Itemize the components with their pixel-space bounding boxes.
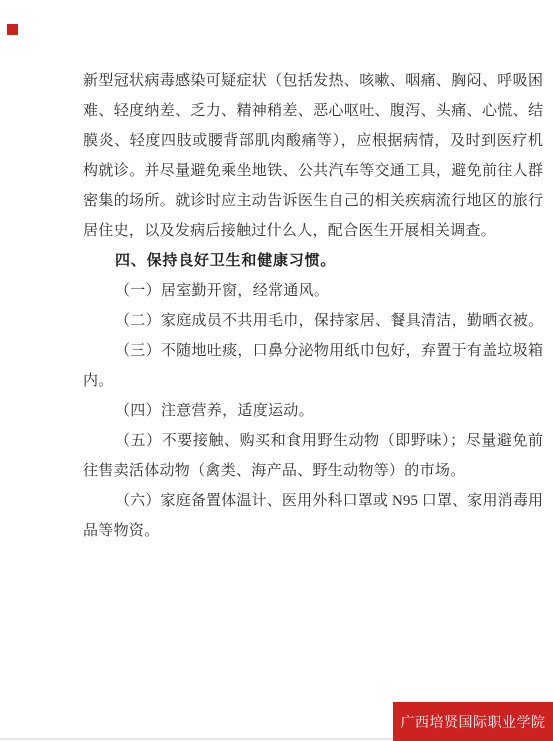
doc-list-item: （一）居室勤开窗，经常通风。 bbox=[83, 276, 543, 306]
section-heading: 四、保持良好卫生和健康习惯。 bbox=[83, 246, 543, 276]
doc-list-item: （二）家庭成员不共用毛巾，保持家居、餐具清洁，勤晒衣被。 bbox=[83, 306, 543, 336]
doc-line: 内。 bbox=[83, 366, 543, 396]
doc-line: 构就诊。并尽量避免乘坐地铁、公共汽车等交通工具，避免前往人群 bbox=[83, 156, 543, 186]
institution-banner: 广西培贤国际职业学院 bbox=[393, 702, 553, 741]
document-body: 新型冠状病毒感染可疑症状（包括发热、咳嗽、咽痛、胸闷、呼吸困 难、轻度纳差、乏力… bbox=[83, 66, 543, 546]
doc-line: 新型冠状病毒感染可疑症状（包括发热、咳嗽、咽痛、胸闷、呼吸困 bbox=[83, 66, 543, 96]
doc-line: 难、轻度纳差、乏力、精神稍差、恶心呕吐、腹泻、头痛、心慌、结 bbox=[83, 96, 543, 126]
doc-line: 密集的场所。就诊时应主动告诉医生自己的相关疾病流行地区的旅行 bbox=[83, 186, 543, 216]
page-corner-marker bbox=[7, 24, 18, 35]
doc-line: 膜炎、轻度四肢或腰背部肌肉酸痛等），应根据病情，及时到医疗机 bbox=[83, 126, 543, 156]
institution-name: 广西培贤国际职业学院 bbox=[401, 712, 546, 732]
doc-line: 往售卖活体动物（禽类、海产品、野生动物等）的市场。 bbox=[83, 456, 543, 486]
doc-line: 品等物资。 bbox=[83, 516, 543, 546]
doc-list-item: （五）不要接触、购买和食用野生动物（即野味）；尽量避免前 bbox=[83, 426, 543, 456]
doc-line: 居住史，以及发病后接触过什么人，配合医生开展相关调查。 bbox=[83, 216, 543, 246]
doc-list-item: （六）家庭备置体温计、医用外科口罩或 N95 口罩、家用消毒用 bbox=[83, 486, 543, 516]
doc-list-item: （三）不随地吐痰，口鼻分泌物用纸巾包好，弃置于有盖垃圾箱 bbox=[83, 336, 543, 366]
doc-list-item: （四）注意营养，适度运动。 bbox=[83, 396, 543, 426]
